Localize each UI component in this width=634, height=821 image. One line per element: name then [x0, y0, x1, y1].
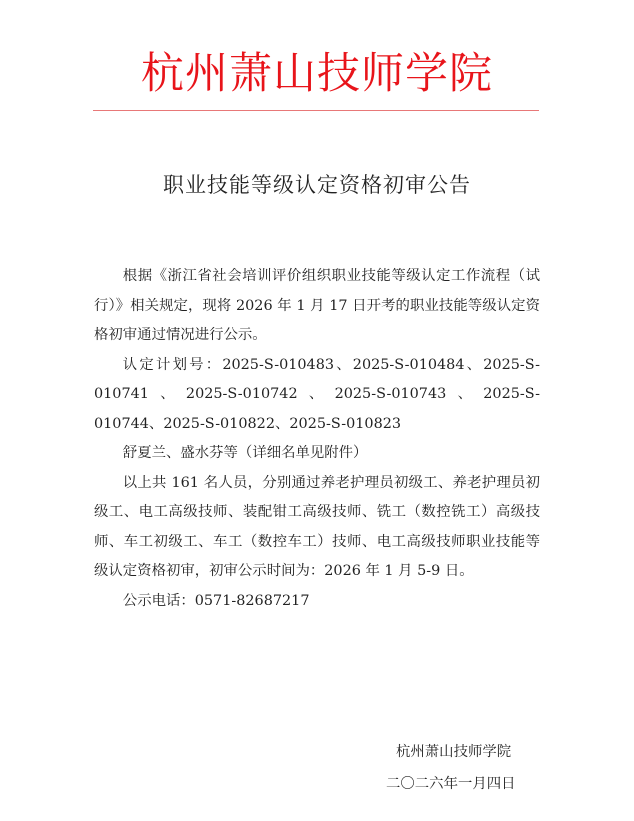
paragraph-summary: 以上共 161 名人员，分别通过养老护理员初级工、养老护理员初级工、电工高级技师… [94, 469, 540, 587]
paragraph-phone: 公示电话：0571-82687217 [94, 587, 540, 617]
signature-block: 杭州萧山技师学院 二〇二六年一月四日 [380, 736, 540, 800]
document-title: 职业技能等级认定资格初审公告 [0, 170, 634, 200]
letterhead-org-name: 杭州萧山技师学院 [0, 44, 634, 104]
letterhead-divider [93, 110, 539, 111]
paragraph-plan-numbers: 认定计划号：2025-S-010483、2025-S-010484、2025-S… [94, 351, 540, 440]
signature-date: 二〇二六年一月四日 [380, 768, 540, 800]
paragraph-intro: 根据《浙江省社会培训评价组织职业技能等级认定工作流程（试行）》相关规定，现将 2… [94, 262, 540, 351]
paragraph-names: 舒夏兰、盛水芬等（详细名单见附件） [94, 439, 540, 469]
document-body: 根据《浙江省社会培训评价组织职业技能等级认定工作流程（试行）》相关规定，现将 2… [94, 262, 540, 616]
signature-org: 杭州萧山技师学院 [380, 736, 540, 768]
